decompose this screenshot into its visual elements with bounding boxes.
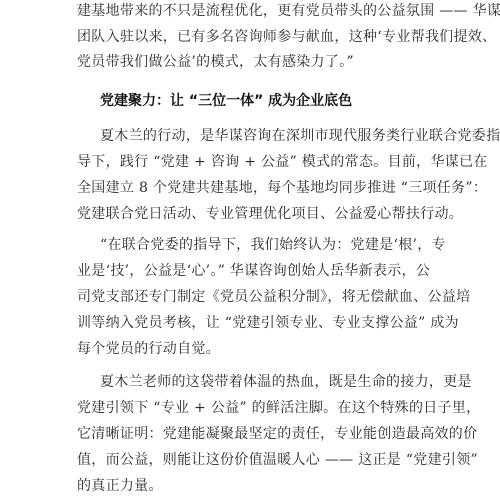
paragraph-line: 党建引领下 “专业 + 公益” 的鲜活注脚。在这个特殊的日子里， xyxy=(77,398,437,418)
paragraph-line: 党员带我们做公益’的模式，太有感染力了。” xyxy=(77,52,437,72)
paragraph-line: “在联合党委的指导下，我们始终认为：党建是‘根’，专 xyxy=(100,235,460,255)
paragraph-line: 夏木兰老师的这袋带着体温的热血，既是生命的接力，更是 xyxy=(100,372,460,392)
article-page: 建基地带来的不只是流程优化，更有党员带头的公益氛围 —— 华谋 团队入驻以来，已… xyxy=(0,0,500,496)
paragraph-line: 团队入驻以来，已有多名咨询师参与献血，这种‘专业帮我们提效、 xyxy=(77,27,437,47)
paragraph-line: 党建联合党日活动、专业管理优化项目、公益爱心帮扶行动。 xyxy=(77,204,437,224)
paragraph-line: 夏木兰的行动，是华谋咨询在深圳市现代服务类行业联合党委指 xyxy=(100,126,460,146)
paragraph-line: 每个党员的行动自觉。 xyxy=(77,339,437,359)
paragraph-line: 它清晰证明：党建能凝聚最坚定的责任，专业能创造最高效的价 xyxy=(77,424,437,444)
paragraph-line: 的真正力量。 xyxy=(77,476,437,496)
paragraph-line: 司党支部还专门制定《党员公益积分制》，将无偿献血、公益培 xyxy=(77,287,437,307)
paragraph-line: 训等纳入党员考核，让 “党建引领专业、专业支撑公益” 成为 xyxy=(77,313,437,333)
paragraph-line: 全国建立 8 个党建共建基地，每个基地均同步推进 “三项任务”： xyxy=(77,178,437,198)
section-heading: 党建聚力：让 “三位一体” 成为企业底色 xyxy=(100,91,352,111)
paragraph-line: 业是‘技’，公益是‘心’。” 华谋咨询创始人岳华新表示，公 xyxy=(77,261,437,281)
paragraph-line: 导下，践行 “党建 + 咨询 + 公益” 模式的常态。目前，华谋已在 xyxy=(77,152,437,172)
paragraph-line: 建基地带来的不只是流程优化，更有党员带头的公益氛围 —— 华谋 xyxy=(77,1,437,21)
paragraph-line: 值，而公益，则能让这份价值温暖人心 —— 这正是 “党建引领” xyxy=(77,450,437,470)
